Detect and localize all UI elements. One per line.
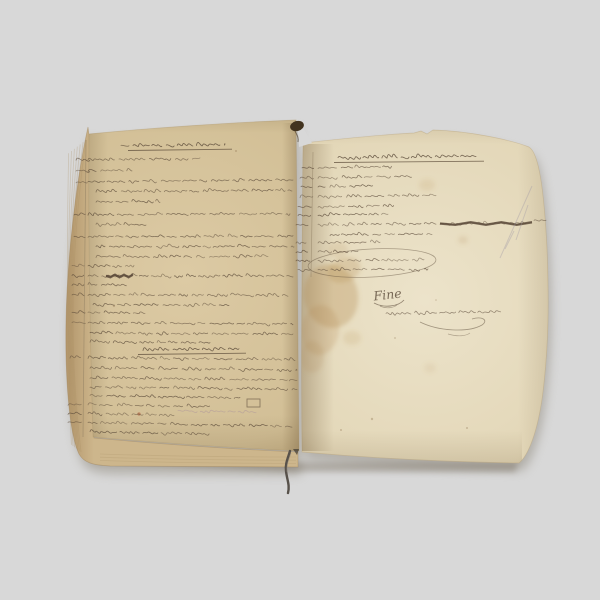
manuscript-photo-svg: Fine <box>0 0 600 600</box>
stain <box>424 363 436 373</box>
speck <box>466 427 468 429</box>
speck <box>394 337 396 339</box>
speck <box>435 299 437 301</box>
speck <box>235 150 237 152</box>
manuscript-photo: Fine <box>0 0 600 600</box>
stain <box>458 236 468 244</box>
stain <box>300 341 324 373</box>
stain <box>343 331 361 345</box>
stain <box>419 179 435 191</box>
speck <box>371 418 373 420</box>
signature-fine: Fine <box>372 286 403 304</box>
stain <box>328 242 348 258</box>
speck <box>340 429 342 431</box>
handwriting-word <box>224 144 225 145</box>
